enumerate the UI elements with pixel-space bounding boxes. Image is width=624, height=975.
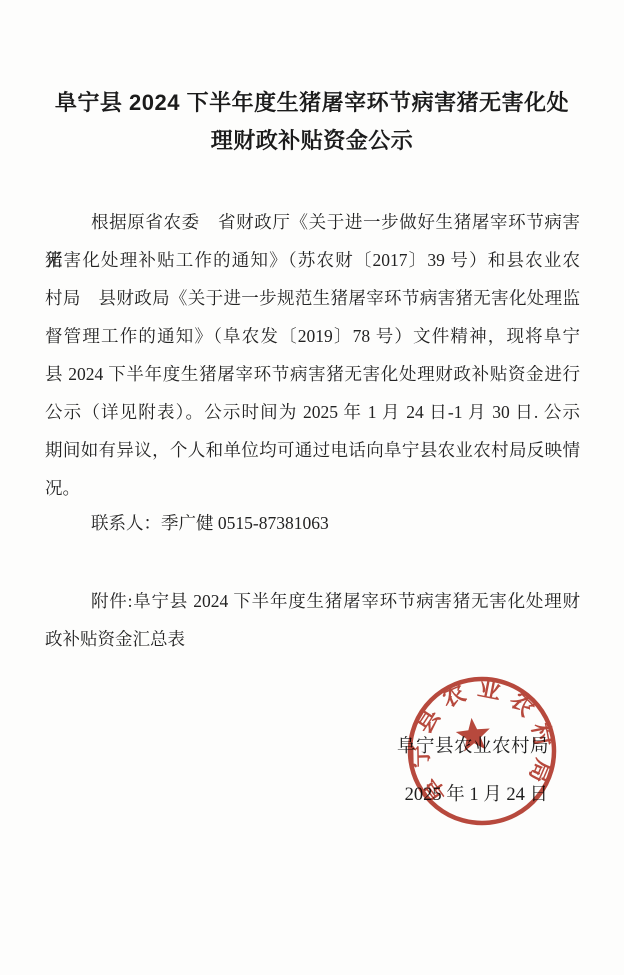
- official-seal: 阜宁县农业农村局: [394, 663, 570, 839]
- paragraph-line: 根据原省农委 省财政厅《关于进一步做好生猪屠宰环节病害猪: [45, 203, 580, 241]
- paragraph-line: 督管理工作的通知》（阜农发〔2019〕78 号）文件精神，现将阜宁: [45, 317, 580, 355]
- attachment-note: 附件:阜宁县 2024 下半年度生猪屠宰环节病害猪无害化处理财 政补贴资金汇总表: [45, 582, 580, 658]
- title-line-1: 阜宁县 2024 下半年度生猪屠宰环节病害猪无害化处: [0, 84, 624, 122]
- paragraph-line: 期间如有异议，个人和单位均可通过电话向阜宁县农业农村局反映情: [45, 431, 580, 469]
- paragraph-line: 况。: [45, 469, 580, 507]
- paragraph-line: 公示（详见附表）。公示时间为 2025 年 1 月 24 日-1 月 30 日.…: [45, 393, 580, 431]
- paragraph-line: 无害化处理补贴工作的通知》（苏农财〔2017〕39 号）和县农业农: [45, 241, 580, 279]
- contact-line: 联系人：季广健 0515-87381063: [45, 504, 580, 542]
- main-paragraph: 根据原省农委 省财政厅《关于进一步做好生猪屠宰环节病害猪 无害化处理补贴工作的通…: [45, 203, 580, 507]
- attachment-line-2: 政补贴资金汇总表: [45, 620, 580, 658]
- seal-star-icon: [454, 716, 491, 752]
- title-line-2: 理财政补贴资金公示: [0, 122, 624, 160]
- paragraph-line: 村局 县财政局《关于进一步规范生猪屠宰环节病害猪无害化处理监: [45, 279, 580, 317]
- document-title: 阜宁县 2024 下半年度生猪屠宰环节病害猪无害化处 理财政补贴资金公示: [0, 84, 624, 160]
- paragraph-line: 县 2024 下半年度生猪屠宰环节病害猪无害化处理财政补贴资金进行: [45, 355, 580, 393]
- attachment-line-1: 附件:阜宁县 2024 下半年度生猪屠宰环节病害猪无害化处理财: [45, 582, 580, 620]
- notice-document: 阜宁县 2024 下半年度生猪屠宰环节病害猪无害化处 理财政补贴资金公示 根据原…: [0, 0, 624, 975]
